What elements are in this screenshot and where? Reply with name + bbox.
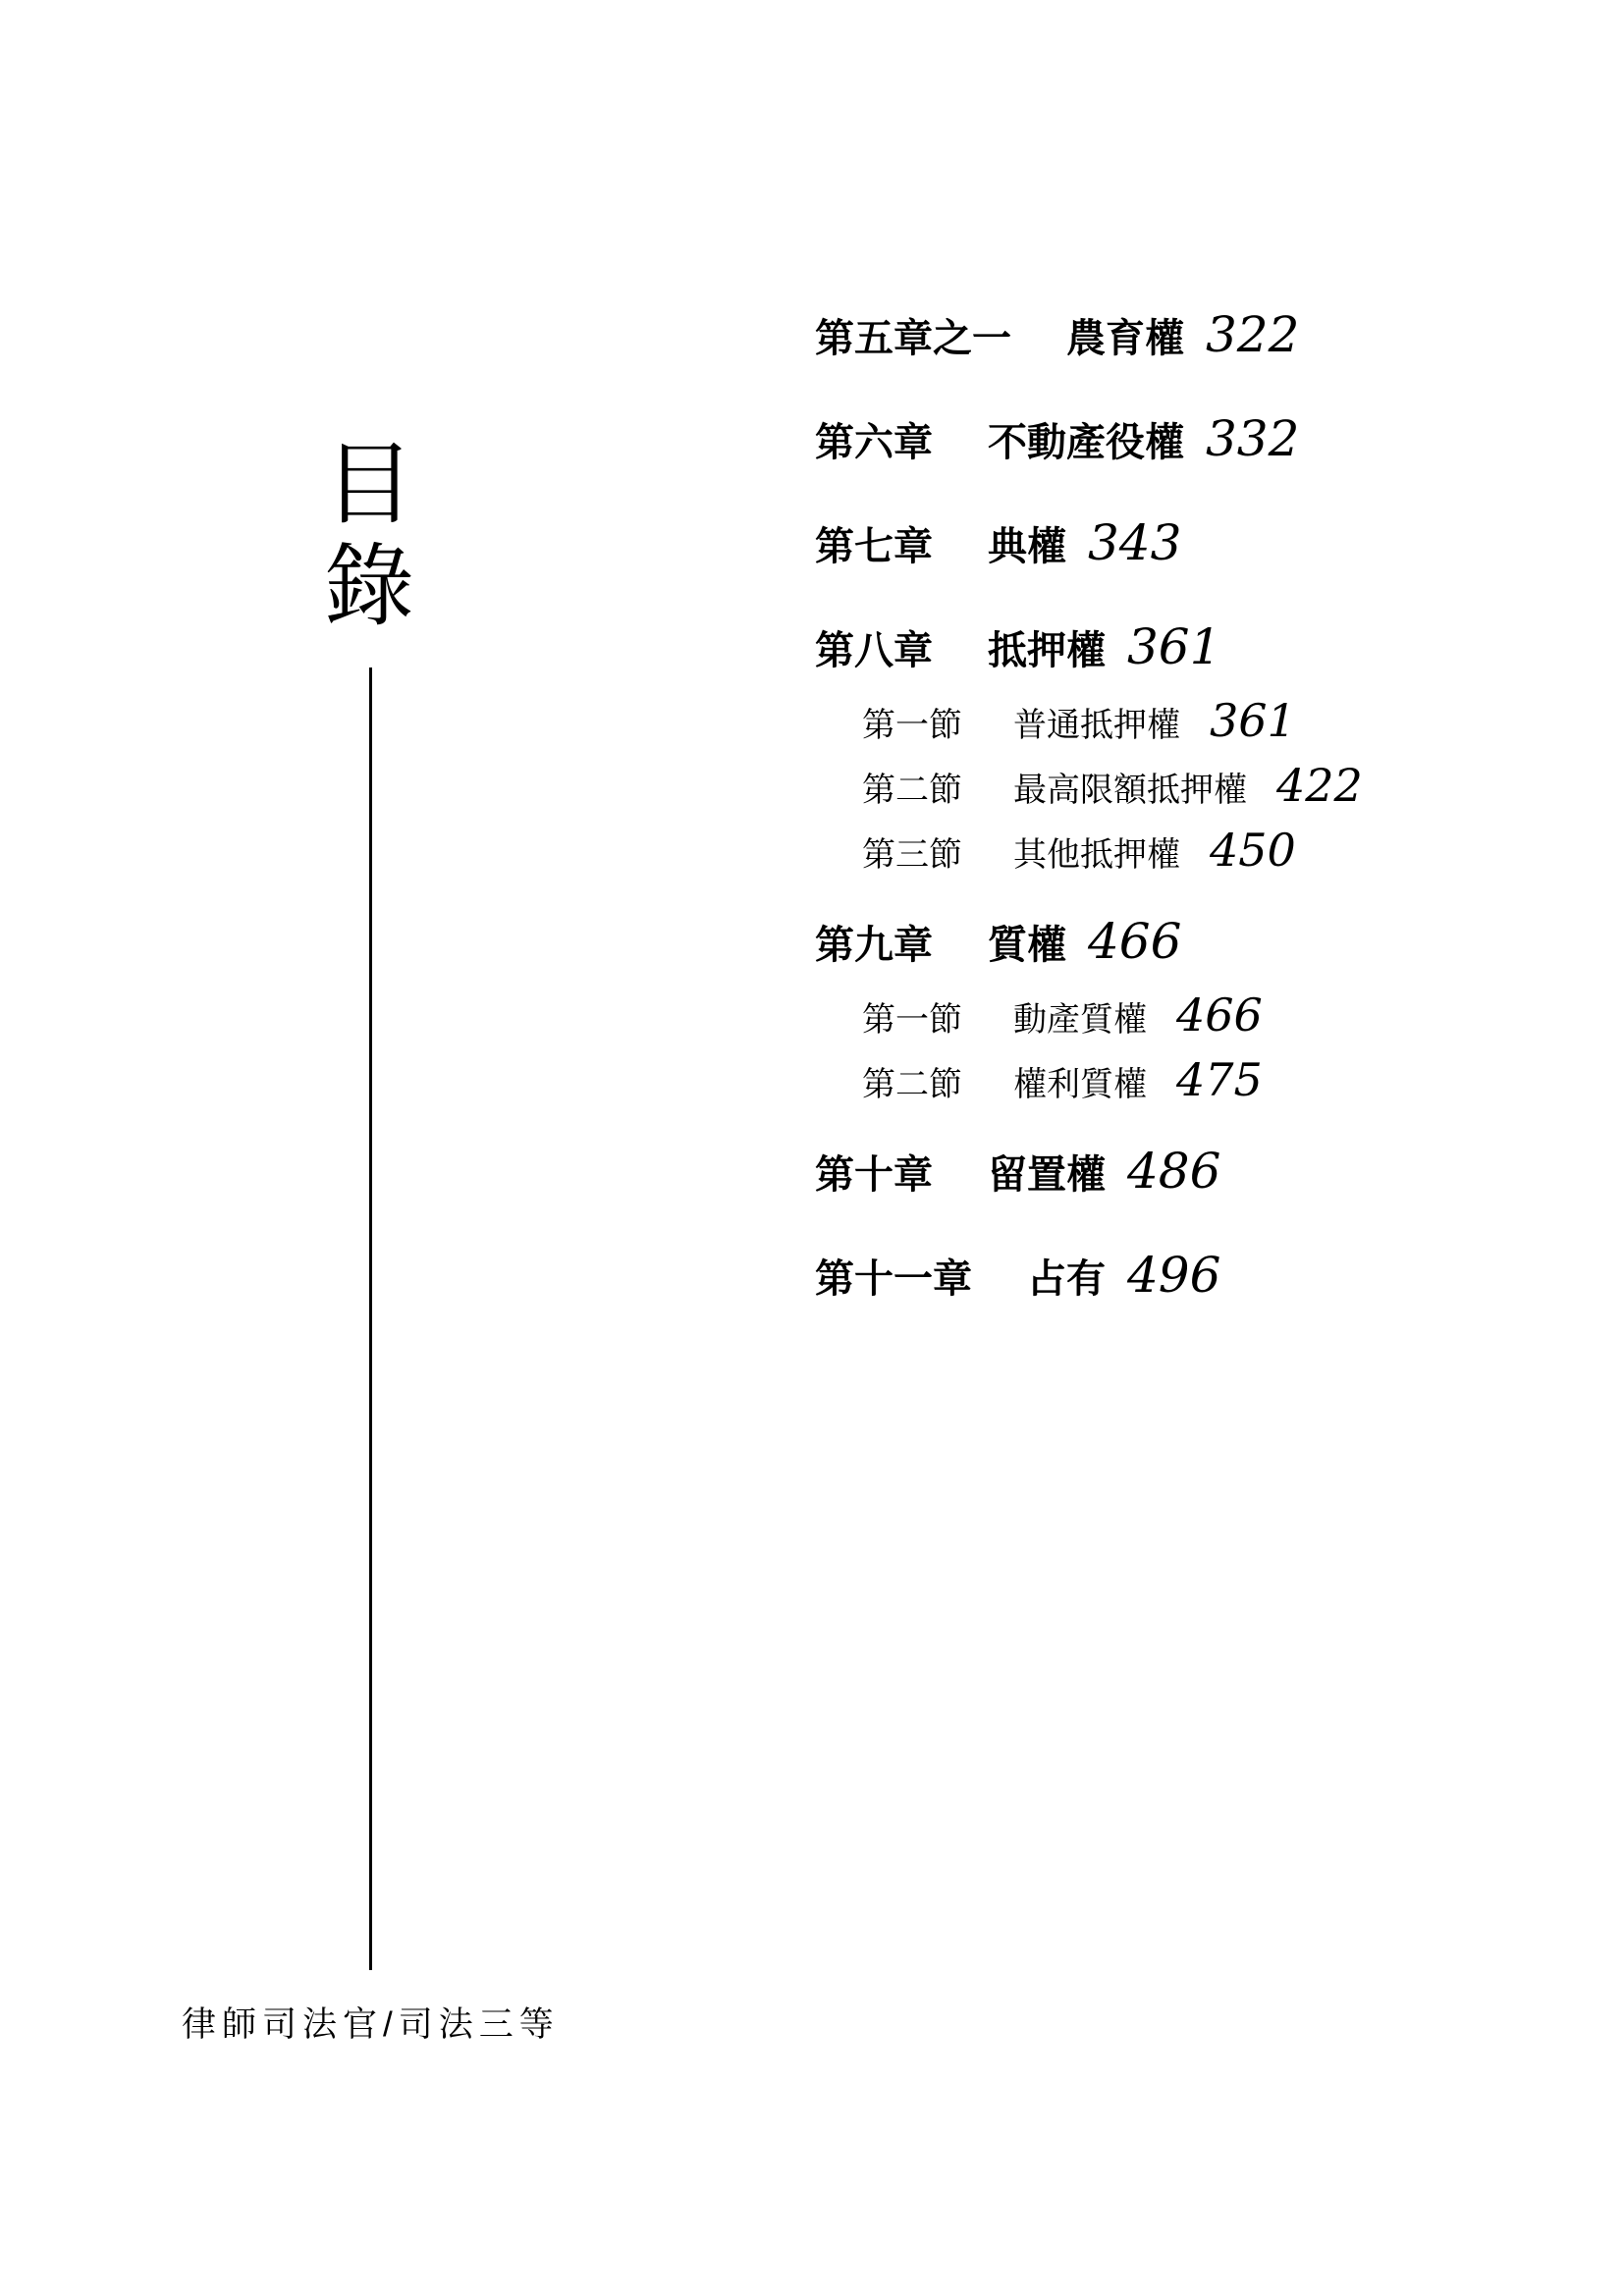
- page-title-char-2: 錄: [324, 542, 414, 632]
- toc-entry-title: 其他抵押權: [1013, 836, 1180, 876]
- toc-page: 目 錄 第五章之一 農育權 322 第六章 不動產役權 332 第七章 典權 3…: [0, 0, 1624, 2296]
- toc-entry-label: 第一節: [862, 707, 962, 746]
- toc-entry-page: 450: [1210, 830, 1296, 870]
- toc-entry-title: 留置權: [988, 1152, 1106, 1198]
- toc-row: 第十章 留置權 486: [815, 1148, 1363, 1198]
- toc-entry-label: 第八章: [815, 628, 933, 673]
- toc-entry-label: 第二節: [862, 1066, 962, 1105]
- toc-row: 第五章之一 農育權 322: [815, 312, 1363, 361]
- toc-row: 第六章 不動產役權 332: [815, 416, 1363, 465]
- toc-row: 第九章 質權 466: [815, 919, 1363, 968]
- toc-row: 第八章 抵押權 361: [815, 624, 1363, 673]
- toc-entry-page: 322: [1206, 312, 1299, 357]
- toc-row: 第十一章 占有 496: [815, 1253, 1363, 1302]
- toc-entry-label: 第七章: [815, 524, 933, 569]
- toc-row: 第一節 動產質權 466: [862, 995, 1363, 1041]
- toc-entry-page: 361: [1210, 701, 1296, 740]
- toc-entry-label: 第一節: [862, 1001, 962, 1041]
- toc-entry-title: 權利質權: [1013, 1066, 1147, 1105]
- toc-row: 第七章 典權 343: [815, 520, 1363, 569]
- toc-entry-label: 第五章之一: [815, 316, 1011, 361]
- toc-entry-label: 第九章: [815, 923, 933, 968]
- toc-list: 第五章之一 農育權 322 第六章 不動產役權 332 第七章 典權 343 第…: [815, 312, 1363, 1302]
- toc-entry-title: 農育權: [1066, 316, 1184, 361]
- vertical-rule: [369, 667, 372, 1970]
- toc-entry-title: 動產質權: [1013, 1001, 1147, 1041]
- toc-entry-page: 466: [1088, 919, 1181, 964]
- toc-row: 第一節 普通抵押權 361: [862, 701, 1363, 746]
- toc-entry-page: 475: [1176, 1060, 1263, 1099]
- toc-entry-title: 普通抵押權: [1013, 707, 1180, 746]
- toc-entry-label: 第十章: [815, 1152, 933, 1198]
- toc-row: 第三節 其他抵押權 450: [862, 830, 1363, 876]
- toc-entry-page: 332: [1206, 416, 1299, 461]
- toc-entry-title: 占有: [1027, 1256, 1106, 1302]
- toc-entry-page: 486: [1127, 1148, 1220, 1194]
- toc-entry-page: 422: [1276, 766, 1363, 805]
- toc-entry-page: 343: [1088, 520, 1181, 565]
- toc-row: 第二節 權利質權 475: [862, 1060, 1363, 1105]
- toc-entry-title: 最高限額抵押權: [1013, 772, 1247, 811]
- toc-entry-label: 第三節: [862, 836, 962, 876]
- toc-entry-label: 第二節: [862, 772, 962, 811]
- toc-entry-title: 不動產役權: [988, 420, 1184, 465]
- toc-entry-page: 466: [1176, 995, 1263, 1035]
- toc-entry-page: 496: [1127, 1253, 1220, 1298]
- toc-entry-page: 361: [1127, 624, 1220, 669]
- toc-entry-label: 第六章: [815, 420, 933, 465]
- toc-entry-label: 第十一章: [815, 1256, 972, 1302]
- page-title-char-1: 目: [324, 440, 414, 530]
- toc-row: 第二節 最高限額抵押權 422: [862, 766, 1363, 811]
- footer-series-label: 律師司法官/司法三等: [182, 2006, 560, 2045]
- page-title: 目 錄: [318, 440, 420, 632]
- toc-entry-title: 質權: [988, 923, 1066, 968]
- toc-entry-title: 典權: [988, 524, 1066, 569]
- toc-entry-title: 抵押權: [988, 628, 1106, 673]
